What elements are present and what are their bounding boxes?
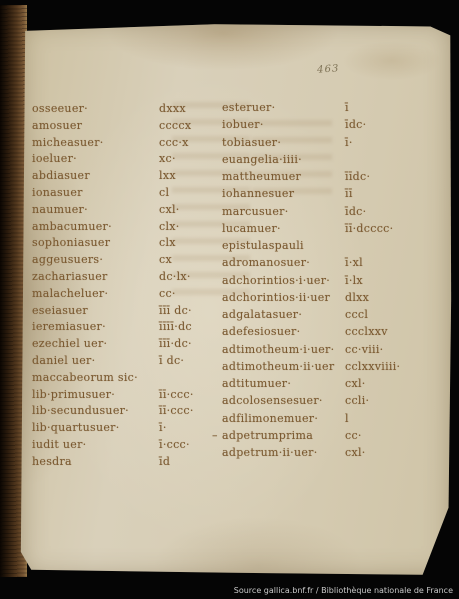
book-name: euangelia·iiii· [222,153,302,166]
verse-count: ī·lx [345,274,363,287]
book-name: marcusuer· [222,205,289,218]
verse-count: ī· [345,136,353,149]
folio-number: 463 [316,63,340,76]
book-name: mattheumuer [222,170,301,183]
book-name: tobiasuer· [222,136,281,149]
book-name: iohannesuer [222,187,294,200]
verse-count: īīdc· [345,170,370,183]
verse-count: īd [159,455,170,468]
verse-count: dc·lx· [159,270,191,283]
verse-count: īīīī·dc [159,320,192,333]
book-name: lib·secundusuer· [32,404,129,417]
verse-count: īdc· [345,205,366,218]
verse-count: īī·ccc· [159,388,194,401]
verse-count: dlxx [345,291,369,304]
verse-count: lxx [159,169,176,182]
book-name: ieremiasuer· [32,320,106,333]
book-name: ezechiel uer· [32,337,107,350]
book-name: osseeuer· [32,102,88,115]
verse-count: clx [159,236,176,249]
book-name: adchorintios·i·uer· [222,274,330,287]
book-name: adgalatasuer· [222,308,302,321]
book-name: iudit uer· [32,438,86,451]
book-name: daniel uer· [32,354,95,367]
book-name: malacheluer· [32,287,108,300]
verse-count: cclxxviiii· [345,360,400,373]
verse-count: cxl· [345,377,366,390]
verse-count: īīī dc· [159,304,192,317]
verse-count: ī·xl [345,256,363,269]
book-name: naumuer· [32,203,88,216]
book-name: adpetrum·ii·uer· [222,446,318,459]
book-name: adtimotheum·i·uer· [222,343,334,356]
book-name: hesdra [32,455,72,468]
verse-count: īdc· [345,118,366,131]
verse-count: ccc·x [159,136,189,149]
verse-count: cx [159,253,172,266]
book-name: ionasuer [32,186,83,199]
book-name: adtimotheum·ii·uer [222,360,334,373]
verse-count: clx· [159,220,180,233]
parchment-page: 463 osseeuer·dxxxamosuerccccxmicheasuer·… [20,22,452,577]
verse-count: cxl· [159,203,180,216]
book-name: lib·primusuer· [32,388,115,401]
book-name: aggeusuers· [32,253,103,266]
book-name: amosuer [32,119,82,132]
book-name: maccabeorum sic· [32,371,138,384]
verse-count: ccccx [159,119,191,132]
scanned-manuscript-viewer: 463 osseeuer·dxxxamosuerccccxmicheasuer·… [0,0,459,599]
book-name: eseiasuer [32,304,88,317]
book-name: lib·quartusuer· [32,421,120,434]
book-name: adchorintios·ii·uer [222,291,330,304]
book-name: adromanosuer· [222,256,310,269]
book-name: abdiasuer [32,169,90,182]
book-name: adefesiosuer· [222,325,300,338]
verse-count: ccclxxv [345,325,388,338]
book-name: adpetrumprima [222,429,313,442]
margin-mark: – [212,429,218,442]
verse-count: xc· [159,152,176,165]
book-name: adcolosensesuer· [222,394,323,407]
verse-count: cccl [345,308,368,321]
book-name: zachariasuer [32,270,108,283]
source-caption: Source gallica.bnf.fr / Bibliothèque nat… [234,586,453,595]
book-name: lucamuer· [222,222,281,235]
verse-count: ī [345,101,349,114]
book-name: adfilimonemuer· [222,412,318,425]
verse-count: cc·viii· [345,343,383,356]
book-name: ambacumuer· [32,220,112,233]
verse-count: ccli· [345,394,369,407]
book-name: sophoniasuer [32,236,110,249]
book-name: micheasuer· [32,136,104,149]
verse-count: l [345,412,349,425]
verse-count: ī dc· [159,354,184,367]
verse-count: īī·dcccc· [345,222,393,235]
verse-count: īī·ccc· [159,404,194,417]
verse-count: cl [159,186,169,199]
book-name: adtitumuer· [222,377,291,390]
book-name: esteruer· [222,101,275,114]
book-name: epistulaspauli [222,239,304,252]
verse-count: dxxx [159,102,186,115]
book-name: iobuer· [222,118,264,131]
verse-count: cc· [159,287,176,300]
book-name: ioeluer· [32,152,77,165]
verse-count: īī [345,187,353,200]
verse-count: cxl· [345,446,366,459]
verse-count: cc· [345,429,362,442]
verse-count: ī·ccc· [159,438,190,451]
verse-count: ī· [159,421,167,434]
verse-count: īīī·dc· [159,337,192,350]
